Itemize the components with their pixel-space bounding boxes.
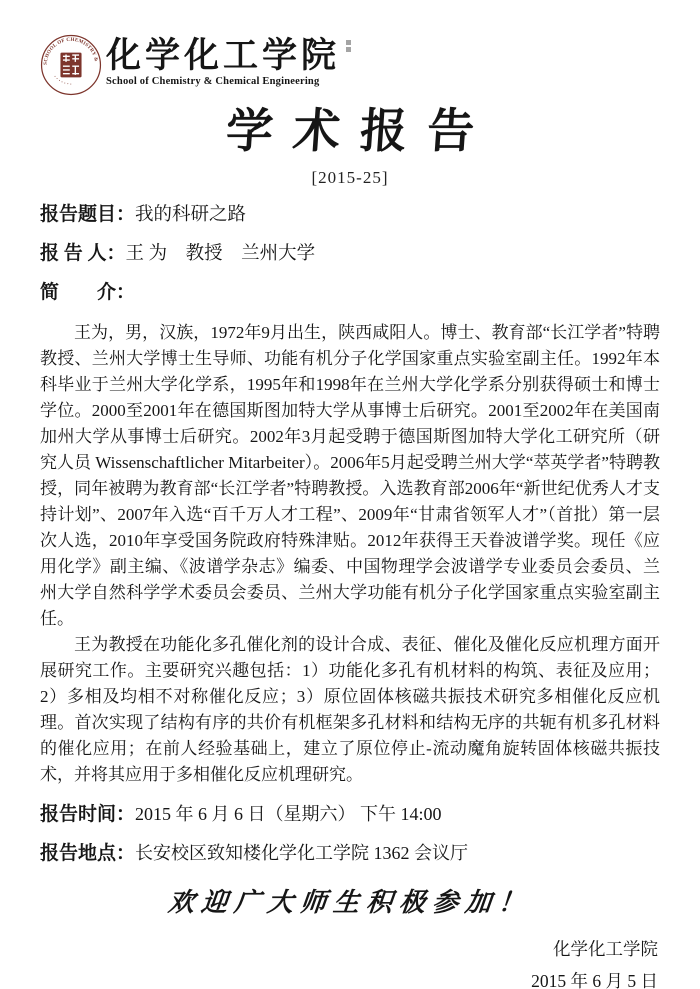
report-venue-label: 报告地点： <box>40 843 135 864</box>
page-title: 学术报告 <box>38 104 662 160</box>
issue-number: [2015-25] <box>40 168 660 188</box>
announcement-page: SCHOOL OF CHEMISTRY & CHEMICAL ENGINEERI… <box>0 0 700 989</box>
bio-paragraph: 王为，男，汉族，1972年9月出生，陕西咸阳人。博士、教育部“长江学者”特聘教授… <box>40 320 660 632</box>
report-time-line: 报告时间：2015 年 6 月 6 日（星期六） 下午 14:00 <box>40 802 660 827</box>
report-time-value: 2015 年 6 月 6 日（星期六） 下午 14:00 <box>135 804 442 824</box>
report-intro-label: 简 介： <box>40 282 135 303</box>
report-venue-line: 报告地点：长安校区致知楼化学化工学院 1362 会议厅 <box>40 841 660 866</box>
footer-signature: 化学化工学院 2015 年 6 月 5 日 <box>40 933 660 989</box>
report-venue-value: 长安校区致知楼化学化工学院 1362 会议厅 <box>135 843 468 863</box>
report-topic-line: 报告题目：我的科研之路 <box>40 203 660 227</box>
report-speaker-value: 王 为 教授 兰州大学 <box>126 244 316 264</box>
report-fields: 报告题目：我的科研之路 报 告 人：王 为 教授 兰州大学 简 介： <box>40 203 660 305</box>
header: SCHOOL OF CHEMISTRY & CHEMICAL ENGINEERI… <box>40 34 660 98</box>
report-topic-label: 报告题目： <box>40 204 135 225</box>
org-name-en: School of Chemistry & Chemical Engineeri… <box>106 76 352 87</box>
report-speaker-line: 报 告 人：王 为 教授 兰州大学 <box>40 242 660 266</box>
welcome-line: 欢迎广大师生积极参加！ <box>38 882 662 919</box>
footer-date: 2015 年 6 月 5 日 <box>40 965 658 989</box>
org-signature-marks <box>346 40 352 54</box>
school-seal-icon: SCHOOL OF CHEMISTRY & CHEMICAL ENGINEERI… <box>40 34 102 96</box>
seal-center-stamp <box>60 53 81 78</box>
footer-org: 化学化工学院 <box>40 933 658 965</box>
report-speaker-label: 报 告 人： <box>40 243 126 264</box>
org-name-block: 化学化工学院 School of Chemistry & Chemical En… <box>106 34 352 87</box>
org-name-cn: 化学化工学院 <box>106 36 340 75</box>
report-time-label: 报告时间： <box>40 804 135 825</box>
research-paragraph: 王为教授在功能化多孔催化剂的设计合成、表征、催化及催化反应机理方面开展研究工作。… <box>40 632 660 788</box>
report-topic-value: 我的科研之路 <box>135 205 246 225</box>
report-intro-line: 简 介： <box>40 281 660 305</box>
speaker-introduction: 王为，男，汉族，1972年9月出生，陕西咸阳人。博士、教育部“长江学者”特聘教授… <box>40 320 660 788</box>
